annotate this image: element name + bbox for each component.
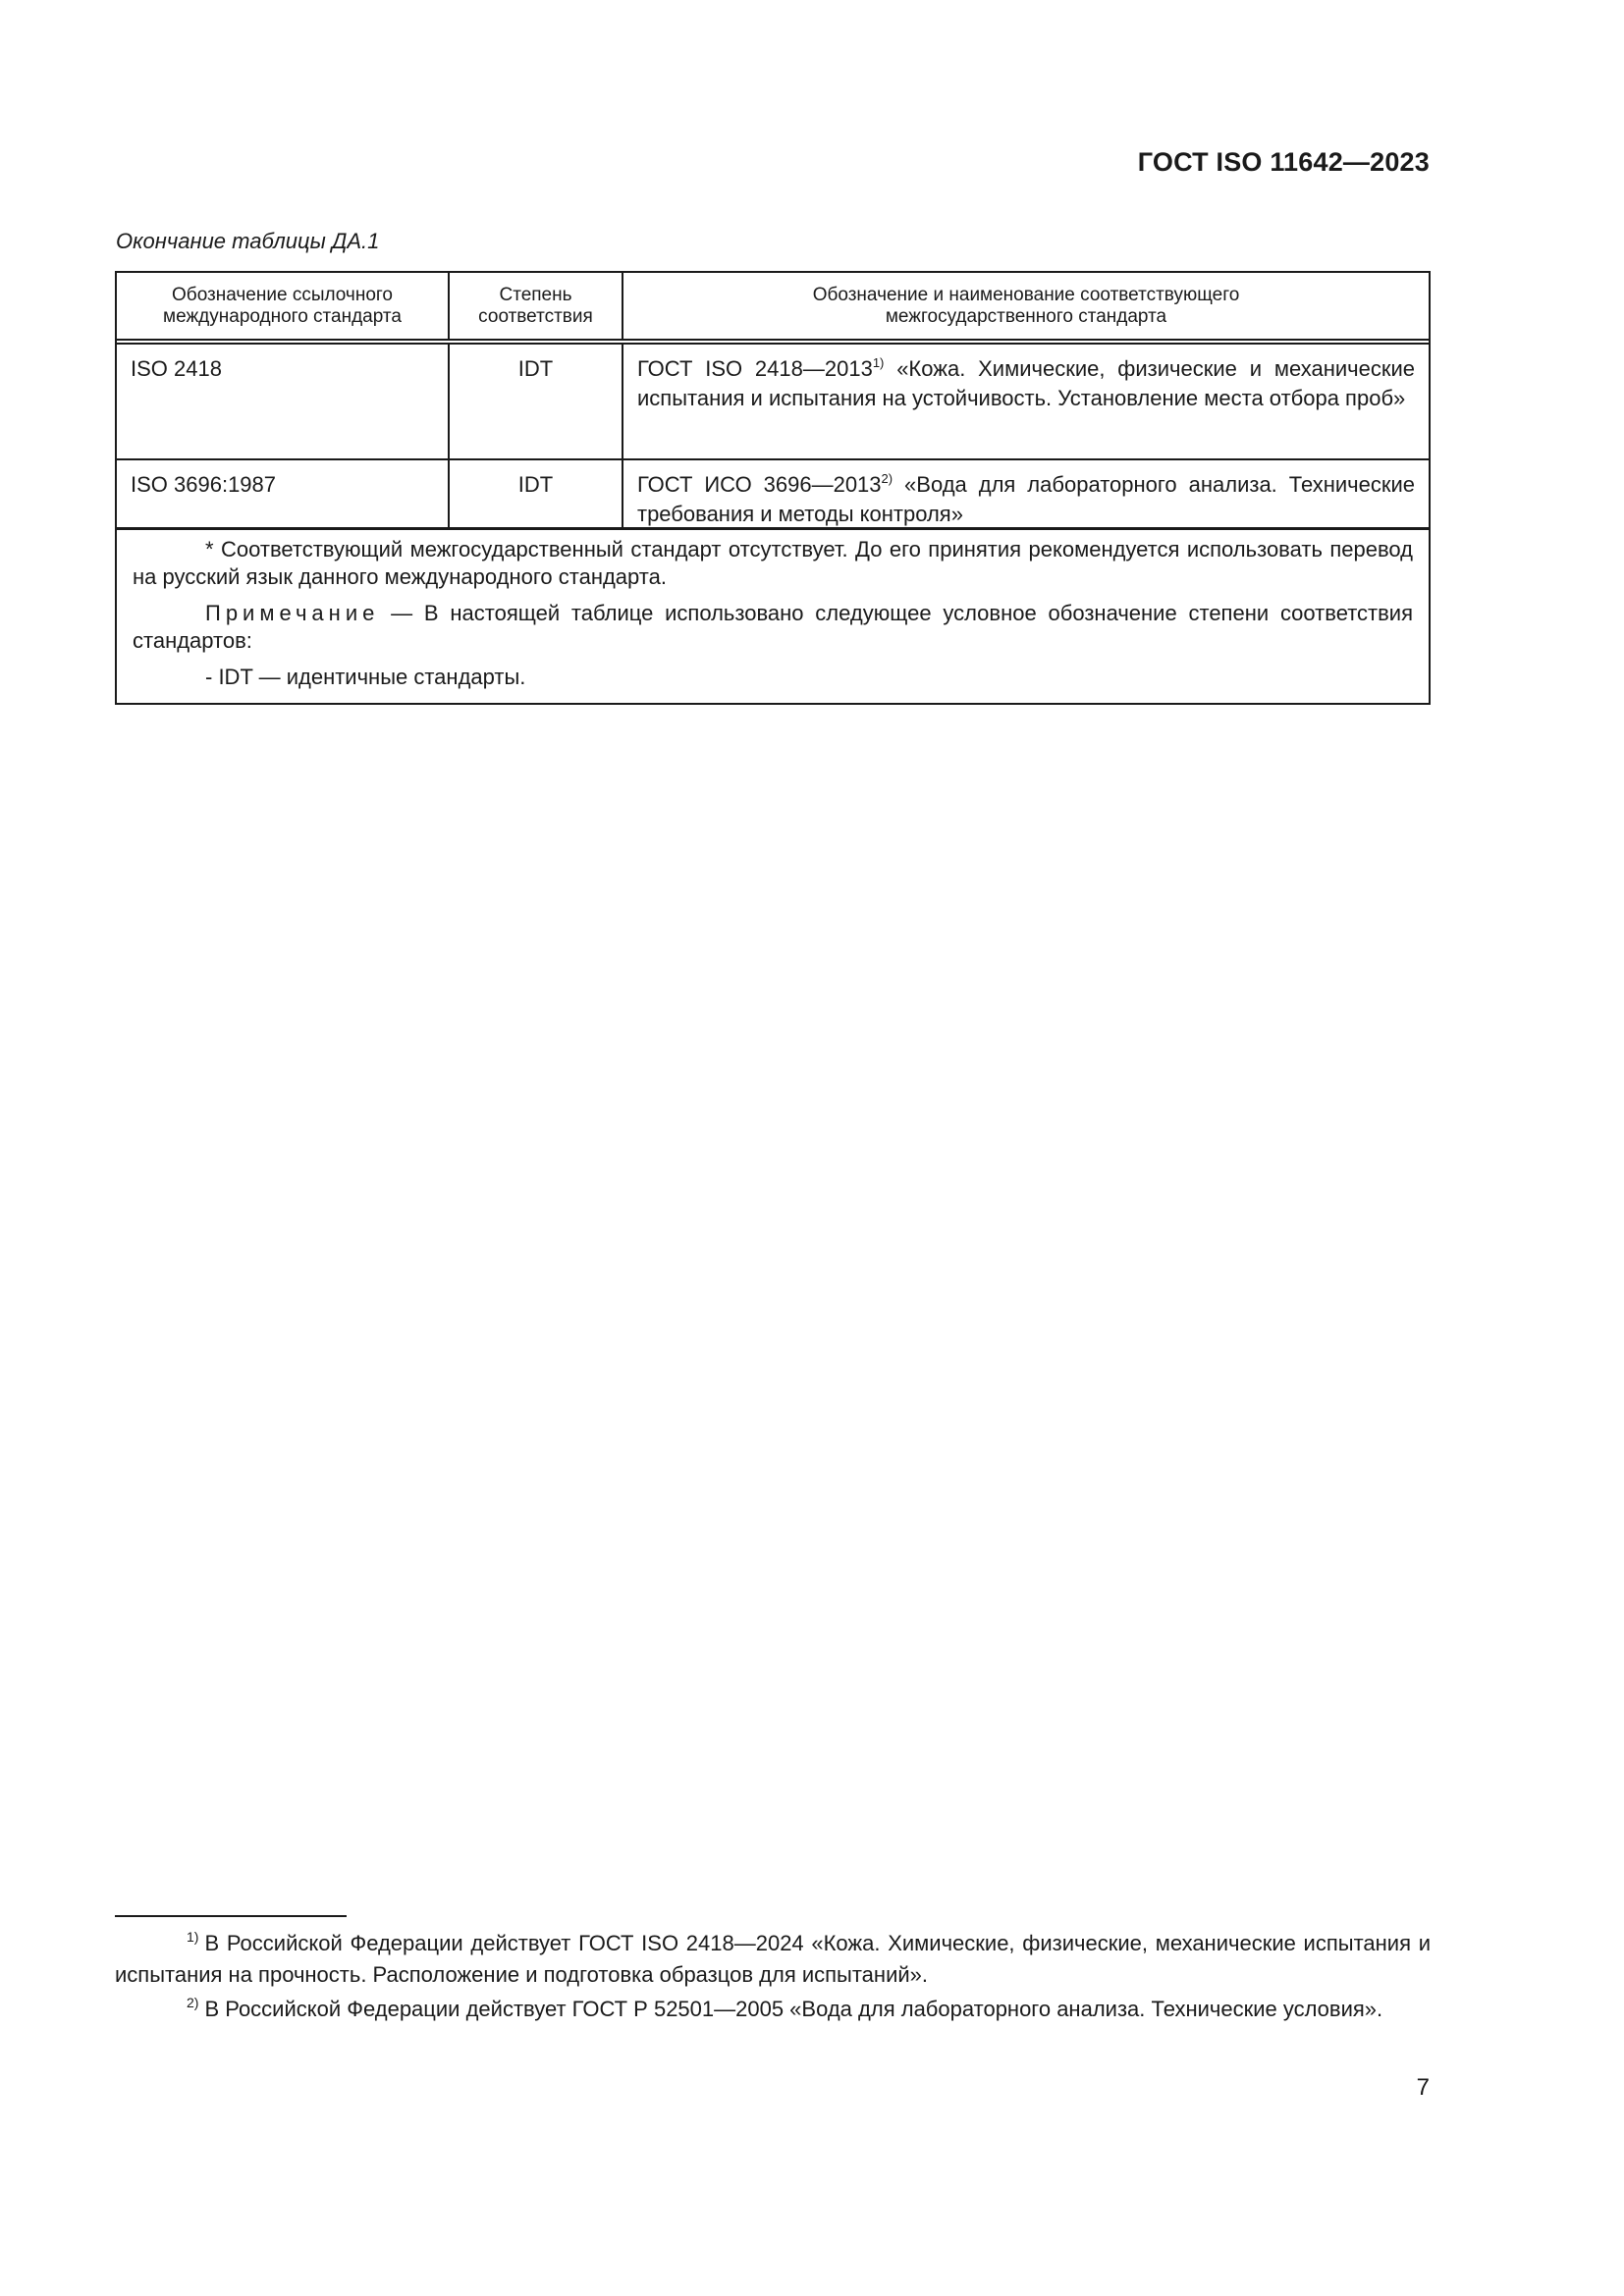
footnote-text: В Российской Федерации действует ГОСТ Р … <box>204 1997 1382 2021</box>
column-header-interstate-line: межгосударственного стандарта <box>623 306 1429 328</box>
note-paragraph: Примечание — В настоящей таблице использ… <box>133 600 1413 655</box>
footnotes: 1)В Российской Федерации действует ГОСТ … <box>115 1928 1431 2028</box>
page-number: 7 <box>1417 2074 1430 2102</box>
designation: ГОСТ ISO 2418—2013 <box>637 356 873 381</box>
column-header-degree-line: Степень <box>450 285 622 306</box>
interstate-standard-description: ГОСТ ISO 2418—20131) «Кожа. Химические, … <box>637 354 1415 413</box>
legend-item-idt: - IDT — идентичные стандарты. <box>133 664 1413 691</box>
interstate-standard-description: ГОСТ ИСО 3696—20132) «Вода для лаборатор… <box>637 470 1415 529</box>
designation: ГОСТ ИСО 3696—2013 <box>637 472 882 497</box>
column-header-reference-line: Обозначение ссылочного <box>117 285 448 306</box>
asterisk-note: * Соответствующий межгосударственный ста… <box>133 536 1413 591</box>
table-caption: Окончание таблицы ДА.1 <box>116 229 379 254</box>
column-header-interstate-line: Обозначение и наименование соответствующ… <box>623 285 1429 306</box>
document-code: ГОСТ ISO 11642—2023 <box>1138 147 1430 178</box>
column-header-degree: Степень соответствия <box>450 273 623 339</box>
table-header-row: Обозначение ссылочного международного ст… <box>117 273 1429 345</box>
degree-cell: IDT <box>450 460 623 527</box>
column-header-degree-line: соответствия <box>450 306 622 328</box>
footnote-mark: 1) <box>187 1929 198 1945</box>
interstate-standard-cell: ГОСТ ИСО 3696—20132) «Вода для лаборатор… <box>623 460 1429 527</box>
column-header-reference-line: международного стандарта <box>117 306 448 328</box>
footnote-mark: 1) <box>873 355 885 370</box>
footnote-2: 2)В Российской Федерации действует ГОСТ … <box>115 1994 1431 2025</box>
footnote-1: 1)В Российской Федерации действует ГОСТ … <box>115 1928 1431 1991</box>
reference-standard-cell: ISO 2418 <box>117 345 450 458</box>
column-header-reference: Обозначение ссылочного международного ст… <box>117 273 450 339</box>
column-header-interstate-standard: Обозначение и наименование соответствующ… <box>623 273 1429 339</box>
standards-correspondence-table: Обозначение ссылочного международного ст… <box>115 271 1431 705</box>
footnote-mark: 2) <box>882 471 893 486</box>
footnote-text: В Российской Федерации действует ГОСТ IS… <box>115 1931 1431 1987</box>
footnote-mark: 2) <box>187 1995 198 2010</box>
reference-standard-cell: ISO 3696:1987 <box>117 460 450 527</box>
note-label: Примечание <box>205 601 379 625</box>
table-row: ISO 3696:1987 IDT ГОСТ ИСО 3696—20132) «… <box>117 460 1429 530</box>
interstate-standard-cell: ГОСТ ISO 2418—20131) «Кожа. Химические, … <box>623 345 1429 458</box>
table-row: ISO 2418 IDT ГОСТ ISO 2418—20131) «Кожа.… <box>117 345 1429 460</box>
table-notes: * Соответствующий межгосударственный ста… <box>117 530 1429 703</box>
footnote-separator <box>115 1915 347 1917</box>
degree-cell: IDT <box>450 345 623 458</box>
